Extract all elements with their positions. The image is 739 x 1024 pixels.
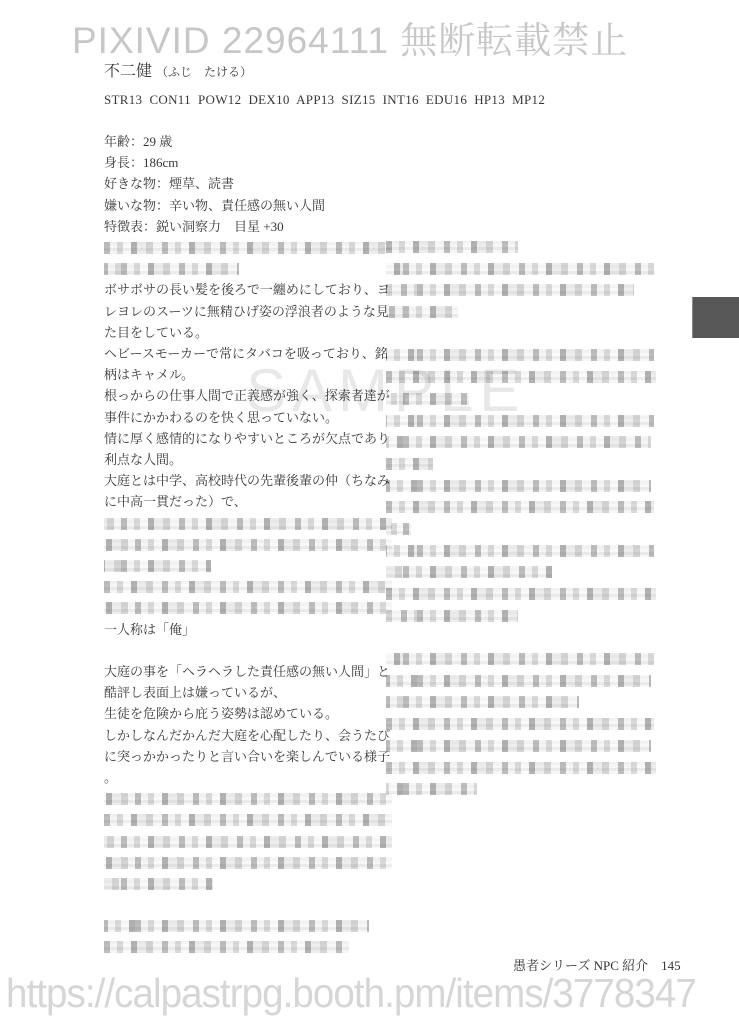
redacted-line bbox=[386, 605, 662, 627]
redacted-line bbox=[386, 431, 662, 453]
redacted-pixelation bbox=[386, 675, 651, 687]
redacted-line bbox=[104, 576, 392, 597]
redacted-line bbox=[386, 258, 662, 280]
redacted-line bbox=[104, 555, 392, 576]
redacted-pixelation bbox=[104, 263, 239, 275]
redacted-line bbox=[104, 873, 392, 894]
redacted-pixelation bbox=[104, 920, 369, 932]
redacted-pixelation bbox=[386, 740, 651, 752]
redacted-line bbox=[386, 735, 662, 757]
character-stats-line: STR13 CON11 POW12 DEX10 APP13 SIZ15 INT1… bbox=[104, 92, 545, 108]
blank-line bbox=[386, 626, 662, 648]
redacted-pixelation bbox=[386, 480, 651, 492]
redacted-line bbox=[386, 583, 662, 605]
redacted-line bbox=[104, 788, 392, 809]
redacted-line bbox=[104, 534, 392, 555]
redacted-line bbox=[386, 691, 662, 713]
redacted-pixelation bbox=[386, 783, 477, 795]
redacted-pixelation bbox=[386, 610, 518, 622]
redacted-pixelation bbox=[386, 588, 656, 600]
page-edge-tab bbox=[692, 297, 739, 338]
paragraph: 一人称は「俺」 bbox=[104, 619, 392, 640]
redacted-pixelation bbox=[386, 762, 656, 774]
right-column bbox=[386, 236, 662, 800]
redacted-line bbox=[386, 236, 662, 258]
watermark-sample: SAMPLE bbox=[246, 356, 525, 425]
redacted-line bbox=[386, 518, 662, 540]
redacted-pixelation bbox=[104, 560, 211, 572]
redacted-line bbox=[104, 597, 392, 618]
redacted-pixelation bbox=[386, 501, 654, 513]
redacted-pixelation bbox=[386, 696, 579, 708]
redacted-pixelation bbox=[386, 436, 651, 448]
redacted-line bbox=[386, 279, 662, 301]
redacted-line bbox=[104, 513, 392, 534]
character-name: 不二健 （ふじ たける） bbox=[104, 58, 252, 81]
profile-dislikes: 嫌いな物：辛い物、責任感の無い人間 bbox=[104, 195, 424, 216]
redacted-pixelation bbox=[104, 242, 392, 254]
profile-age: 年齢：29 歳 bbox=[104, 131, 424, 152]
redacted-line bbox=[104, 936, 392, 957]
redacted-line bbox=[386, 670, 662, 692]
character-profile: 年齢：29 歳 身長：186cm 好きな物：煙草、読書 嫌いな物：辛い物、責任感… bbox=[104, 131, 424, 237]
redacted-pixelation bbox=[104, 878, 213, 890]
redacted-pixelation bbox=[104, 581, 392, 593]
character-name-kana: （ふじ たける） bbox=[156, 65, 252, 79]
redacted-line bbox=[386, 475, 662, 497]
paragraph: しかしなんだかんだ大庭を心配したり、会うたびに突っかかったりと言い合いを楽しんで… bbox=[104, 725, 392, 789]
blank-line bbox=[104, 640, 392, 661]
redacted-pixelation bbox=[386, 241, 518, 253]
redacted-line bbox=[104, 831, 392, 852]
redacted-line bbox=[386, 540, 662, 562]
paragraph: 生徒を危険から庇う姿勢は認めている。 bbox=[104, 703, 392, 724]
redacted-pixelation bbox=[104, 793, 392, 805]
redacted-pixelation bbox=[104, 941, 349, 953]
redacted-line bbox=[386, 648, 662, 670]
redacted-pixelation bbox=[386, 545, 654, 557]
left-column: ボサボサの長い髪を後ろで一纏めにしており、ヨレヨレのスーツに無精ひげ姿の浮浪者の… bbox=[104, 237, 392, 958]
redacted-pixelation bbox=[386, 566, 552, 578]
character-name-kanji: 不二健 bbox=[104, 63, 152, 80]
redacted-line bbox=[386, 561, 662, 583]
redacted-line bbox=[386, 778, 662, 800]
redacted-pixelation bbox=[104, 518, 392, 530]
paragraph: 情に厚く感情的になりやすいところが欠点であり利点な人間。 bbox=[104, 428, 392, 470]
watermark-pixiv-id: PIXIVID 22964111 無断転載禁止 bbox=[72, 10, 628, 64]
redacted-line bbox=[386, 453, 662, 475]
profile-likes: 好きな物：煙草、読書 bbox=[104, 173, 424, 194]
redacted-line bbox=[104, 258, 392, 279]
redacted-line bbox=[104, 852, 392, 873]
profile-trait: 特徴表：鋭い洞察力 目星 +30 bbox=[104, 216, 424, 237]
redacted-pixelation bbox=[386, 523, 411, 535]
blank-line bbox=[104, 894, 392, 915]
redacted-pixelation bbox=[104, 814, 392, 826]
redacted-pixelation bbox=[386, 263, 654, 275]
redacted-line bbox=[386, 713, 662, 735]
paragraph: ボサボサの長い髪を後ろで一纏めにしており、ヨレヨレのスーツに無精ひげ姿の浮浪者の… bbox=[104, 279, 392, 343]
redacted-pixelation bbox=[104, 857, 392, 869]
blank-line bbox=[386, 323, 662, 345]
redacted-pixelation bbox=[386, 284, 634, 296]
redacted-pixelation bbox=[104, 539, 392, 551]
redacted-pixelation bbox=[104, 602, 392, 614]
watermark-url: https://calpastrpg.booth.pm/items/377834… bbox=[6, 970, 696, 1017]
redacted-pixelation bbox=[104, 836, 392, 848]
redacted-line bbox=[386, 757, 662, 779]
redacted-pixelation bbox=[386, 306, 458, 318]
document-page: PIXIVID 22964111 無断転載禁止 不二健 （ふじ たける） STR… bbox=[0, 0, 739, 1024]
redacted-line bbox=[104, 915, 392, 936]
redacted-line bbox=[104, 809, 392, 830]
paragraph: 大庭の事を「ヘラヘラした責任感の無い人間」と酷評し表面上は嫌っているが、 bbox=[104, 661, 392, 703]
redacted-line bbox=[104, 237, 392, 258]
redacted-pixelation bbox=[386, 653, 654, 665]
profile-height: 身長：186cm bbox=[104, 152, 424, 173]
redacted-pixelation bbox=[386, 718, 654, 730]
redacted-line bbox=[386, 301, 662, 323]
paragraph: 大庭とは中学、高校時代の先輩後輩の仲（ちなみに中高一貫だった）で、 bbox=[104, 470, 392, 512]
redacted-line bbox=[386, 496, 662, 518]
redacted-pixelation bbox=[386, 458, 433, 470]
